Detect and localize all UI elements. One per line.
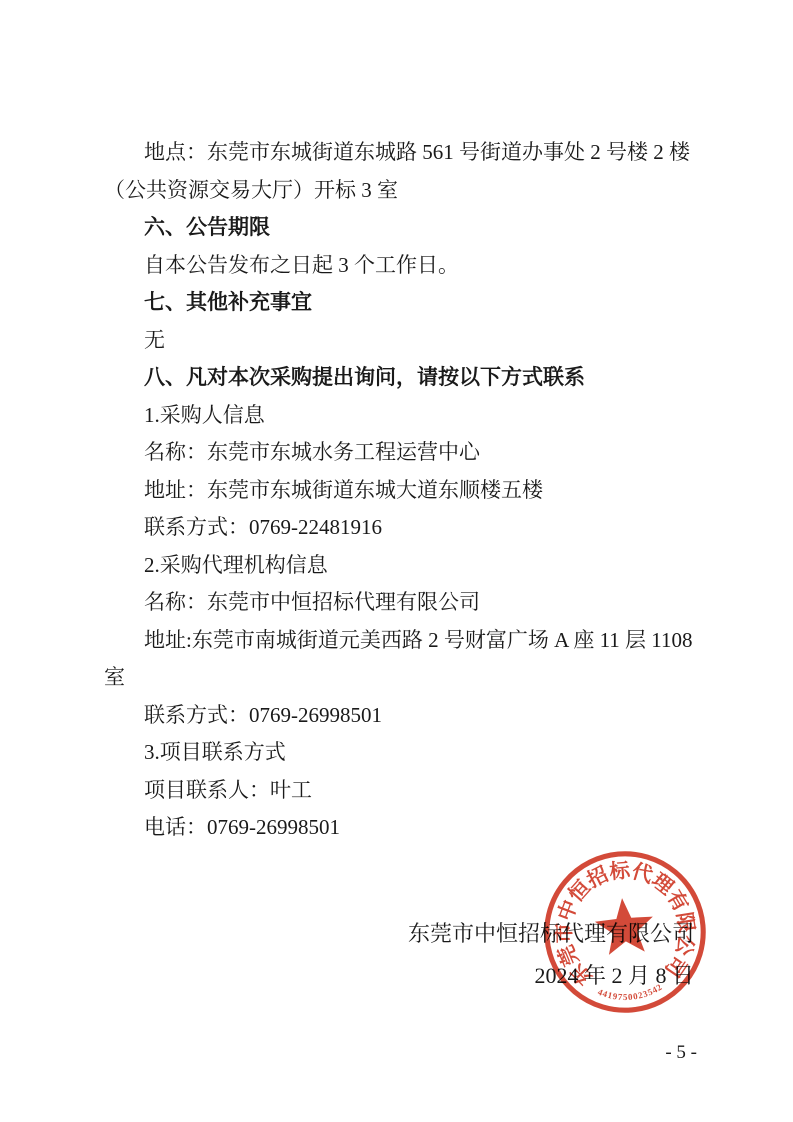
document-line: 室 bbox=[104, 659, 698, 697]
document-body: 地点：东莞市东城街道东城路 561 号街道办事处 2 号楼 2 楼（公共资源交易… bbox=[104, 134, 698, 997]
document-line: 地址：东莞市东城街道东城大道东顺楼五楼 bbox=[104, 472, 698, 510]
signature-block: 东莞市中恒招标代理有限公司 2024 年 2 月 8 日 bbox=[104, 913, 698, 997]
signature-company: 东莞市中恒招标代理有限公司 bbox=[104, 913, 694, 955]
document-line: 项目联系人：叶工 bbox=[104, 772, 698, 810]
document-line: 联系方式：0769-26998501 bbox=[104, 697, 698, 735]
document-line: 名称：东莞市中恒招标代理有限公司 bbox=[104, 584, 698, 622]
document-line: 七、其他补充事宜 bbox=[104, 284, 698, 322]
document-line: （公共资源交易大厅）开标 3 室 bbox=[104, 172, 698, 210]
document-page: 地点：东莞市东城街道东城路 561 号街道办事处 2 号楼 2 楼（公共资源交易… bbox=[0, 0, 793, 1122]
document-line: 自本公告发布之日起 3 个工作日。 bbox=[104, 247, 698, 285]
document-line: 地址:东莞市南城街道元美西路 2 号财富广场 A 座 11 层 1108 bbox=[104, 622, 698, 660]
document-line: 六、公告期限 bbox=[104, 209, 698, 247]
document-line: 电话：0769-26998501 bbox=[104, 809, 698, 847]
document-line: 地点：东莞市东城街道东城路 561 号街道办事处 2 号楼 2 楼 bbox=[104, 134, 698, 172]
document-line: 联系方式：0769-22481916 bbox=[104, 509, 698, 547]
document-lines: 地点：东莞市东城街道东城路 561 号街道办事处 2 号楼 2 楼（公共资源交易… bbox=[104, 134, 698, 847]
document-line: 3.项目联系方式 bbox=[104, 734, 698, 772]
signature-date: 2024 年 2 月 8 日 bbox=[104, 955, 694, 997]
document-line: 无 bbox=[104, 322, 698, 360]
document-line: 2.采购代理机构信息 bbox=[104, 547, 698, 585]
document-line: 名称：东莞市东城水务工程运营中心 bbox=[104, 434, 698, 472]
page-number: - 5 - bbox=[665, 1043, 697, 1063]
document-line: 1.采购人信息 bbox=[104, 397, 698, 435]
document-line: 八、凡对本次采购提出询问，请按以下方式联系 bbox=[104, 359, 698, 397]
